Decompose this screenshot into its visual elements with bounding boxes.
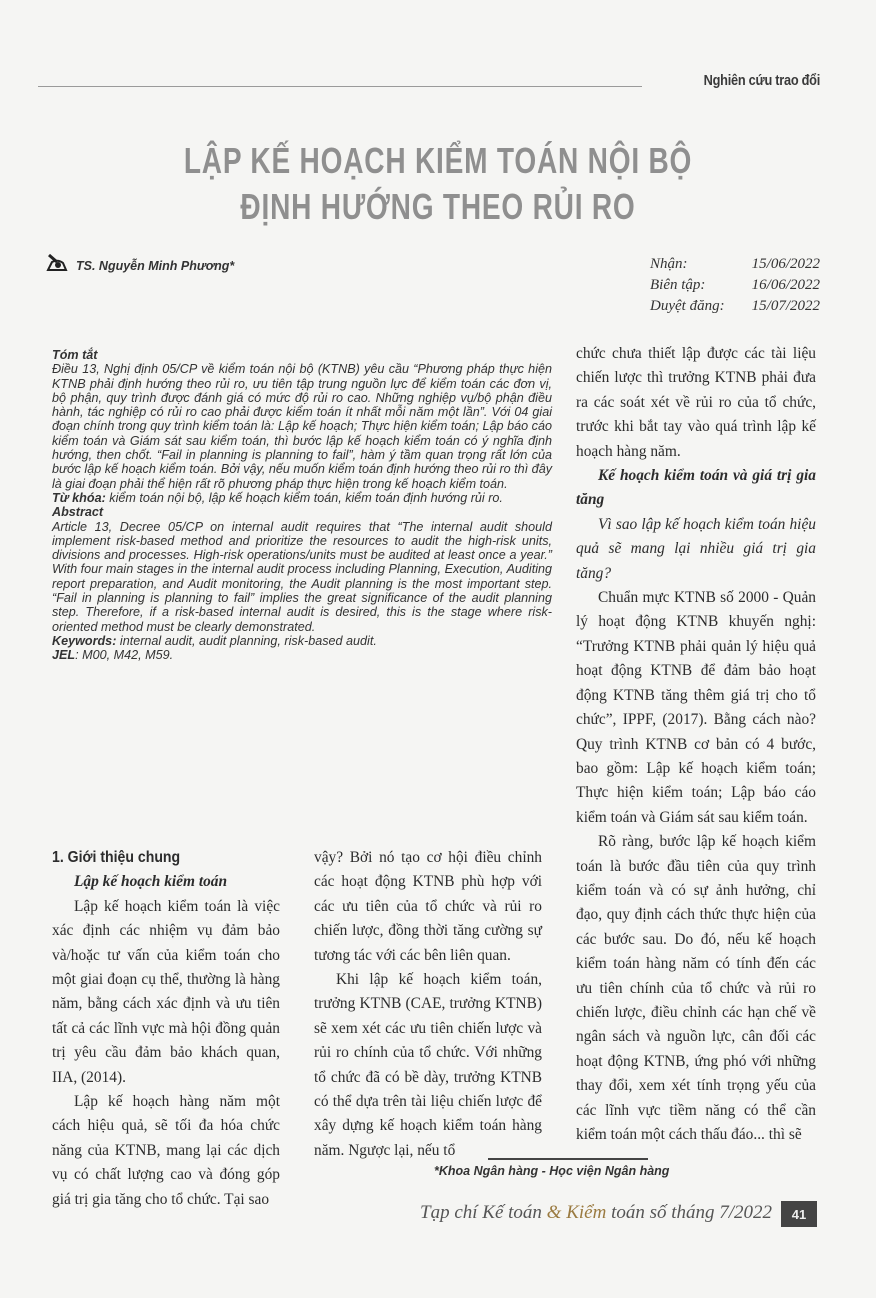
journal-name: Tạp chí Kế toán & Kiểm toán số tháng 7/2… xyxy=(420,1202,772,1224)
question: Vì sao lập kế hoạch kiểm toán hiệu quả s… xyxy=(576,513,816,586)
page-number: 41 xyxy=(781,1201,817,1227)
author-affiliation-footnote: *Khoa Ngân hàng - Học viện Ngân hàng xyxy=(434,1164,669,1178)
dates-block: Nhận:15/06/2022 Biên tập:16/06/2022 Duyệ… xyxy=(650,254,820,317)
jel-codes: JEL: M00, M42, M59. xyxy=(52,648,552,662)
subheading: Kế hoạch kiểm toán và giá trị gia tăng xyxy=(576,464,816,513)
paragraph: Chuẩn mực KTNB số 2000 - Quản lý hoạt độ… xyxy=(576,586,816,830)
footnote-rule xyxy=(488,1158,648,1160)
paragraph: chức chưa thiết lập được các tài liệu ch… xyxy=(576,342,816,464)
header-rule xyxy=(38,86,642,87)
section-heading: 1. Giới thiệu chung xyxy=(52,846,253,870)
paragraph: Lập kế hoạch hàng năm một cách hiệu quả,… xyxy=(52,1090,280,1212)
body-column-2: vậy? Bởi nó tạo cơ hội điều chỉnh các ho… xyxy=(314,846,542,1163)
pen-writing-icon xyxy=(46,254,72,277)
keywords-en: Keywords: internal audit, audit planning… xyxy=(52,634,552,648)
summary-text-vi: Điều 13, Nghị định 05/CP về kiểm toán nộ… xyxy=(52,362,552,491)
author-name: TS. Nguyễn Minh Phương* xyxy=(76,259,234,273)
date-edited: Biên tập:16/06/2022 xyxy=(650,275,820,296)
abstract-box: Tóm tắt Điều 13, Nghị định 05/CP về kiểm… xyxy=(52,348,552,663)
title-line-1: LẬP KẾ HOẠCH KIỂM TOÁN NỘI BỘ xyxy=(174,138,701,184)
subheading: Lập kế hoạch kiểm toán xyxy=(52,870,280,894)
article-title: LẬP KẾ HOẠCH KIỂM TOÁN NỘI BỘ ĐỊNH HƯỚNG… xyxy=(174,138,701,230)
abstract-text-en: Article 13, Decree 05/CP on internal aud… xyxy=(52,520,552,634)
title-line-2: ĐỊNH HƯỚNG THEO RỦI RO xyxy=(174,184,701,230)
date-received: Nhận:15/06/2022 xyxy=(650,254,820,275)
paragraph: vậy? Bởi nó tạo cơ hội điều chỉnh các ho… xyxy=(314,846,542,968)
date-approved: Duyệt đăng:15/07/2022 xyxy=(650,296,820,317)
body-column-1: 1. Giới thiệu chung Lập kế hoạch kiểm to… xyxy=(52,846,280,1212)
body-column-3: chức chưa thiết lập được các tài liệu ch… xyxy=(576,342,816,1147)
keywords-vi: Từ khóa: kiểm toán nội bộ, lập kế hoạch … xyxy=(52,491,552,505)
paragraph: Rõ ràng, bước lập kế hoạch kiểm toán là … xyxy=(576,830,816,1147)
paragraph: Lập kế hoạch kiểm toán là việc xác định … xyxy=(52,895,280,1090)
section-label: Nghiên cứu trao đổi xyxy=(676,72,821,89)
author-line: TS. Nguyễn Minh Phương* xyxy=(46,254,234,277)
abstract-heading-en: Abstract xyxy=(52,505,552,519)
summary-heading-vi: Tóm tắt xyxy=(52,348,552,362)
paragraph: Khi lập kế hoạch kiểm toán, trưởng KTNB … xyxy=(314,968,542,1163)
